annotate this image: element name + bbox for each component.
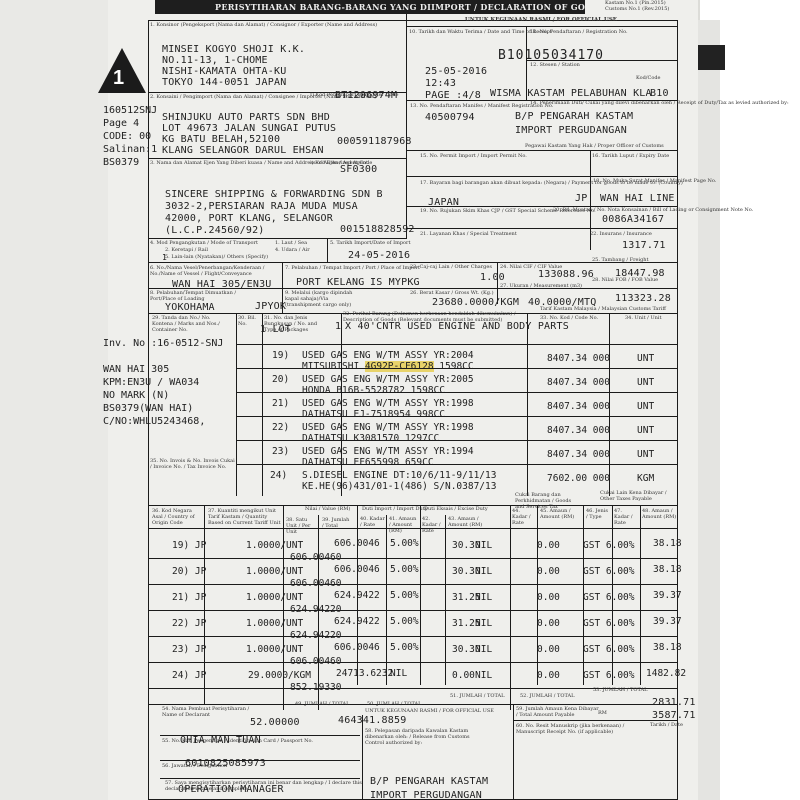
tax-type: GST 6.00% [583, 566, 634, 577]
marks-label: 29. Tanda dan No./ No. Kontena / Marks a… [152, 315, 232, 333]
item-code: 8407.34 000 [547, 377, 610, 388]
port-of-import-code: IS MYPKG [370, 277, 420, 288]
total-value: 606.0046 [334, 642, 380, 653]
gst-amount-label: 45. Amaun / Amount (RM) [540, 508, 580, 520]
station-code-label: Kod/Code [636, 75, 661, 81]
item-code: 7602.00 000 [547, 473, 610, 484]
invoice-label: 35. No. Invois & No. Invois Cukai / Invo… [150, 458, 235, 470]
table-surface-left [0, 0, 110, 800]
gst-rate: 0.00 [537, 618, 560, 629]
total51-label: 51. JUMLAH / TOTAL [450, 693, 504, 699]
date-label: Tarikh / Date [650, 722, 683, 728]
agent-registration: 001518828592 [340, 224, 415, 235]
consignee-registration: 000591187968 [337, 136, 412, 147]
expiry-label: 16. Tarikh Luput / Expiry Date [592, 153, 669, 159]
tax-amount: 1482.82 [646, 668, 686, 679]
excise-amount: NIL [475, 618, 492, 629]
item-description-line1: USED GAS ENG W/TM ASSY YR:1994 [302, 446, 474, 457]
item-description-line1: USED GAS ENG W/TM ASSY YR:2004 [302, 350, 474, 361]
payment-country-code: JP [575, 193, 587, 204]
excise-amount: NIL [475, 670, 492, 681]
insurance-label: 22. Insurans / Insurance [590, 231, 652, 237]
total-value: 624.9422 [334, 590, 380, 601]
excise-rate-label: 42. Kadar / Rate [422, 516, 444, 534]
total50-label: 50. JUMLAH / TOTAL [367, 701, 421, 707]
tax-type: GST 6.00% [583, 540, 634, 551]
gst-rate-label: 44. Kadar / Rate [512, 508, 536, 526]
item-code: 8407.34 000 [547, 401, 610, 412]
measurement-label: 27. Ukuran / Measurement (m3) [500, 283, 582, 289]
item-unit: UNT [637, 377, 654, 388]
tax-amount: 38.18 [653, 564, 682, 575]
official-use-header: UNTUK KEGUNAAN RASMI / FOR OFFICIAL USE [465, 17, 617, 23]
packages-count: 1 [335, 321, 341, 332]
declarant-name: OHIA MAN TUAN [180, 735, 261, 746]
duty-receipt-label: 14. Penerimaan Duti/ Cukai yang dilevi d… [530, 100, 789, 106]
tax-type: GST 6.00% [583, 670, 634, 681]
station-value: WISMA KASTAM PELABUHAN KLA [490, 88, 652, 99]
quantity: 1.0000/UNT [246, 644, 303, 655]
total-value: 606.0046 [334, 538, 380, 549]
total-value: 624.9422 [334, 616, 380, 627]
tax-amount-label: 48. Amaun / Amount (RM) [642, 508, 678, 520]
quantity: 1.0000/UNT [246, 592, 303, 603]
item-description-line1: S.DIESEL ENGINE DT:10/6/11-9/11/13 [302, 470, 496, 481]
quantity: 1.0000/UNT [246, 618, 303, 629]
per-unit-value: 852.19330 [290, 682, 341, 693]
form-title: PERISYTIHARAN BARANG-BARANG YANG DIIMPOR… [155, 0, 585, 14]
freight-label: 25. Tambang / Freight [592, 257, 649, 263]
item-description-line2: MITSUBISHI 4G92P-CF6128 1598CC [302, 361, 474, 372]
per-unit-value: 624.94220 [290, 630, 341, 641]
manifest-number: 40500794 [425, 112, 475, 123]
other-charges: 1.00 [480, 272, 505, 283]
agent-code: SF0300 [340, 164, 377, 175]
tax-rate-label: 47. Kadar / Rate [614, 508, 638, 526]
total53-label: 53. JUMLAH / TOTAL [593, 687, 647, 693]
form-number: Kastam No.1 (Pin.2015)Customs No.1 (Rev.… [605, 0, 669, 12]
item-unit: UNT [637, 449, 654, 460]
excise-amount-label: 43. Amaun / Amount (RM) [448, 516, 488, 528]
excise-amount: NIL [475, 644, 492, 655]
total53-value: 2831.71 [652, 697, 696, 708]
origin-code: 23) JP [172, 644, 206, 655]
consignor-value: MINSEI KOGYO SHOJI K.K.NO.11-13, 1-CHOME… [162, 44, 305, 88]
declarant-role: OPERATION MANAGER [178, 784, 284, 795]
item-unit: UNT [637, 401, 654, 412]
manuscript-label: 60. No. Resit Manuskrip (jika berkenaan)… [516, 723, 626, 735]
item-description-line2: HONDA B16B-5528782 1598CC [302, 385, 445, 396]
total-payable-currency: RM [598, 710, 607, 716]
release-label: 58. Pelepasan daripada Kawalan Kastam di… [365, 728, 475, 746]
consignor-label: 1. Konsinor (Pengeksport (Nama dan Alama… [150, 22, 377, 28]
manifest-page-label: 18. No. Muka Surat Manifes / Manifest Pa… [593, 178, 716, 184]
loading-port: YOKOHAMA [165, 302, 215, 313]
quantity: 1.0000/UNT [246, 566, 303, 577]
official-use-footer: UNTUK KEGUNAAN RASMI / FOR OFFICIAL USE [365, 708, 494, 714]
item-code: 8407.34 000 [547, 449, 610, 460]
transport-mode-value: 1 [162, 253, 167, 262]
duty-rate-label: 40. Kadar / Rate [360, 516, 386, 528]
quantity: 1.0000/UNT [246, 540, 303, 551]
item-number: 21) [272, 398, 289, 409]
item-unit: KGM [637, 473, 654, 484]
tax-type-label: 46. Jenis / Type [586, 508, 610, 520]
gst-rate: 0.00 [537, 566, 560, 577]
gst-rate: 0.00 [537, 540, 560, 551]
gross-weight: 23680.0000/KGM [432, 297, 519, 308]
per-unit-value: 606.00460 [290, 578, 341, 589]
gst-rate: 0.00 [537, 670, 560, 681]
tax-type: GST 6.00% [583, 618, 634, 629]
origin-code: 19) JP [172, 540, 206, 551]
permit-label: 15. No. Permit Import / Import Permit No… [420, 153, 527, 159]
duty-rate: 5.00% [390, 590, 419, 601]
excise-amount: NIL [475, 566, 492, 577]
transport-option-sea: 1. Laut / Sea [275, 240, 307, 246]
duty-rate: 5.00% [390, 538, 419, 549]
goods-header: X 40'CNTR USED ENGINE AND BODY PARTS [345, 321, 569, 332]
duty-rate: 5.00% [390, 642, 419, 653]
origin-code: 24) JP [172, 670, 206, 681]
item-number: 23) [272, 446, 289, 457]
cif-value: 133088.96 [538, 269, 594, 280]
tax-amount: 38.18 [653, 642, 682, 653]
item-description-line1: USED GAS ENG W/TM ASSY YR:1998 [302, 398, 474, 409]
port-of-import-label: 7. Pelabuhan / Tempat Import / Port / Pl… [285, 265, 420, 271]
fob-value: 113323.28 [615, 293, 671, 304]
per-unit-value: 624.94220 [290, 604, 341, 615]
total50-value: 464341.8859 [338, 715, 406, 726]
station-code: B10 [650, 88, 669, 99]
excise-amount: NIL [475, 592, 492, 603]
vessel-label: 6. No./Nama Vesel/Penerbangan/Kenderaan … [150, 265, 280, 277]
duty-rate: 5.00% [390, 564, 419, 575]
duty-amount: 0.00 [452, 670, 475, 681]
lot-count: 1 LOT [260, 324, 291, 335]
excise-label: Duti Eksais / Excise Duty [424, 506, 488, 512]
registration-label: 11. No. Pendaftaran / Registration No. [530, 29, 628, 35]
import-duty-label: Duti Import / Import Duty [362, 506, 428, 512]
loading-port-code: JPYOK [255, 301, 286, 312]
tax-amount: 39.37 [653, 590, 682, 601]
tariff-header: Tarif Kastam Malaysia / Malaysian Custom… [540, 306, 666, 312]
transport-option-air: 4. Udara / Air [275, 247, 310, 253]
item-unit: UNT [637, 425, 654, 436]
value-label: Nilai / Value (RM) [305, 506, 350, 512]
duty-rate: 5.00% [390, 616, 419, 627]
origin-code: 20) JP [172, 566, 206, 577]
via-label: 9. Melalui (kargo dipindah kapal sahaja)… [285, 290, 365, 308]
release-authority: B/P PENGARAH KASTAMIMPORT PERGUDANGAN [370, 775, 488, 800]
quantity-label: 37. Kuantiti mengikut Unit Tarif Kastam … [208, 508, 283, 526]
tax-type: GST 6.00% [583, 644, 634, 655]
receipt-datetime: 25-05-201612:43PAGE :4/8 [425, 66, 487, 102]
importer-code: BT1206974M [335, 90, 397, 101]
item-number: 24) [270, 470, 287, 481]
loading-port-label: 8. Pelabuhan/Tempat Dimuatkan / Port/Pla… [150, 290, 240, 302]
item-code: 8407.34 000 [547, 353, 610, 364]
manifest-page: WAN HAI LINE [600, 193, 675, 204]
transport-option-rail: 2. Keretapi / Rail [165, 247, 208, 253]
bill-of-lading-label: 20. Bil. Muatan / No. Nota Konsainan / B… [553, 207, 753, 213]
insurance-value: 1317.71 [622, 240, 666, 251]
item-description-line2: DAIHATSU EF655998 659CC [302, 457, 434, 468]
import-date-label: 5. Tarikh Import/Date of Import [330, 240, 410, 246]
copy-number: 1 [113, 67, 124, 90]
gst-rate: 0.00 [537, 644, 560, 655]
item-description-line1: USED GAS ENG W/TM ASSY YR:2005 [302, 374, 474, 385]
item-description-line2: DAIHATSU EJ-7518954 998CC [302, 409, 445, 420]
item-number: 20) [272, 374, 289, 385]
special-treatment-label: 21. Layanan Khas / Special Treatment [420, 231, 517, 237]
bill-of-lading-number: 0086A34167 [602, 214, 664, 225]
item-unit: UNT [637, 353, 654, 364]
total49-value: 52.00000 [250, 717, 300, 728]
item-description-line1: USED GAS ENG W/TM ASSY YR:1998 [302, 422, 474, 433]
fob-label: 28. Nilai FOB / FOB Value [592, 277, 658, 283]
quantity: 29.0000/KGM [248, 670, 311, 681]
unit-label: 34. Unit / Unit [625, 315, 662, 321]
total-value: 606.0046 [334, 564, 380, 575]
consignee-value: SHINJUKU AUTO PARTS SDN BHDLOT 49673 JAL… [162, 112, 336, 156]
item-description-line2: DAIHATSU K3081570 1297CC [302, 433, 439, 444]
transport-option-other: 5. Lain-lain (Nyatakan)/ Others (Specify… [165, 254, 268, 260]
per-unit-value: 606.00460 [290, 552, 341, 563]
total52-label: 52. JUMLAH / TOTAL [520, 693, 574, 699]
gross-weight-label: 26. Berat Kasar / Gross Wt. (Kg.) [410, 290, 494, 296]
highlighted-engine-number: 4G92P-CF6128 [365, 361, 434, 372]
bill-no-label: 30. Bil. No. [238, 315, 256, 327]
tax-type: GST 6.00% [583, 592, 634, 603]
tax-amount: 38.18 [653, 538, 682, 549]
duty-rate: NIL [390, 668, 407, 679]
per-unit-label: 38. Satu Unit / Per Unit [286, 517, 316, 535]
item-description-line2: KE.HE(96)431/01-1(486) S/N.0387/13 [302, 481, 496, 492]
other-charges-label: 23. Caj-caj Lain / Other Charges [410, 264, 492, 270]
total49-label: 49. JUMLAH / TOTAL [295, 701, 349, 707]
item-code: 8407.34 000 [547, 425, 610, 436]
station-label: 12. Stesen / Station [530, 62, 580, 68]
import-date: 24-05-2016 [348, 250, 410, 261]
tax-amount: 39.37 [653, 616, 682, 627]
designation-number: 6010825085973 [185, 758, 266, 769]
declarant-label: 54. Nama Pembuat Perisytiharan / Name of… [162, 706, 252, 718]
per-unit-value: 606.00460 [290, 656, 341, 667]
item-number: 19) [272, 350, 289, 361]
total-value: 24713.6232 [336, 668, 393, 679]
duty-receipt-authority: B/P PENGARAH KASTAMIMPORT PERGUDANGAN [515, 110, 633, 138]
origin-code: 21) JP [172, 592, 206, 603]
port-of-import: PORT KELANG [296, 277, 364, 288]
item-number: 22) [272, 422, 289, 433]
total-payable-label: 59. Jumlah Amaun Kena Dibayar / Total Am… [516, 706, 601, 718]
gst-rate: 0.00 [537, 592, 560, 603]
duty-amount-label: 41. Amaun / Amount (RM) [389, 516, 419, 534]
origin-code: 22) JP [172, 618, 206, 629]
proper-officer-label: Pegawai Kastam Yang Hak / Proper Officer… [525, 143, 664, 149]
excise-amount: NIL [475, 540, 492, 551]
other-tax-header: Cukai Lain Kena Dibayar / Other Taxes Pa… [600, 490, 670, 502]
origin-label: 36. Kod Negara Asal / Country of Origin … [152, 508, 202, 526]
transport-label: 4. Mod Pengangkutan / Mode of Transport [150, 240, 290, 246]
